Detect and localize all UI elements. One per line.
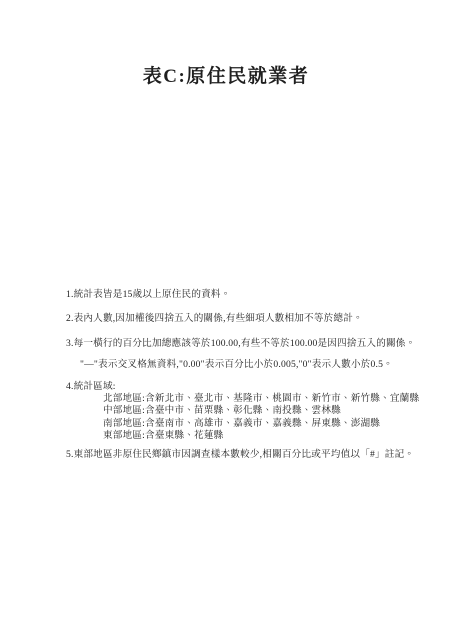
note-percentage-rows: 3.每一橫行的百分比加總應該等於100.00,有些不等於100.00是因四捨五入… [66, 338, 415, 350]
region-central-definition: 中部地區:含臺中市、苗栗縣、彰化縣、南投縣、雲林縣 [103, 405, 341, 417]
region-south-definition: 南部地區:含臺南市、高雄市、嘉義市、嘉義縣、屏東縣、澎湖縣 [103, 418, 380, 430]
page-title: 表C:原住民就業者 [0, 61, 452, 88]
document-page: 表C:原住民就業者 1.統計表皆是15歲以上原住民的資料。 2.表內人數,因加權… [0, 0, 452, 640]
note-east-sample-size: 5.東部地區非原住民鄉鎮市因調查樣本數較少,相關百分比或平均值以「#」註記。 [66, 449, 414, 461]
note-statistics-age: 1.統計表皆是15歲以上原住民的資料。 [66, 289, 231, 301]
note-symbol-legend: "—"表示交叉格無資料,"0.00"表示百分比小於0.005,"0"表示人數小於… [80, 359, 393, 371]
region-north-definition: 北部地區:含新北市、臺北市、基隆市、桃園市、新竹市、新竹縣、宜蘭縣 [103, 393, 419, 405]
note-statistical-regions: 4.統計區域: [66, 381, 116, 393]
note-rounding-totals: 2.表內人數,因加權後四捨五入的關係,有些細項人數相加不等於總計。 [66, 313, 363, 325]
region-east-definition: 東部地區:含臺東縣、花蓮縣 [103, 430, 223, 442]
